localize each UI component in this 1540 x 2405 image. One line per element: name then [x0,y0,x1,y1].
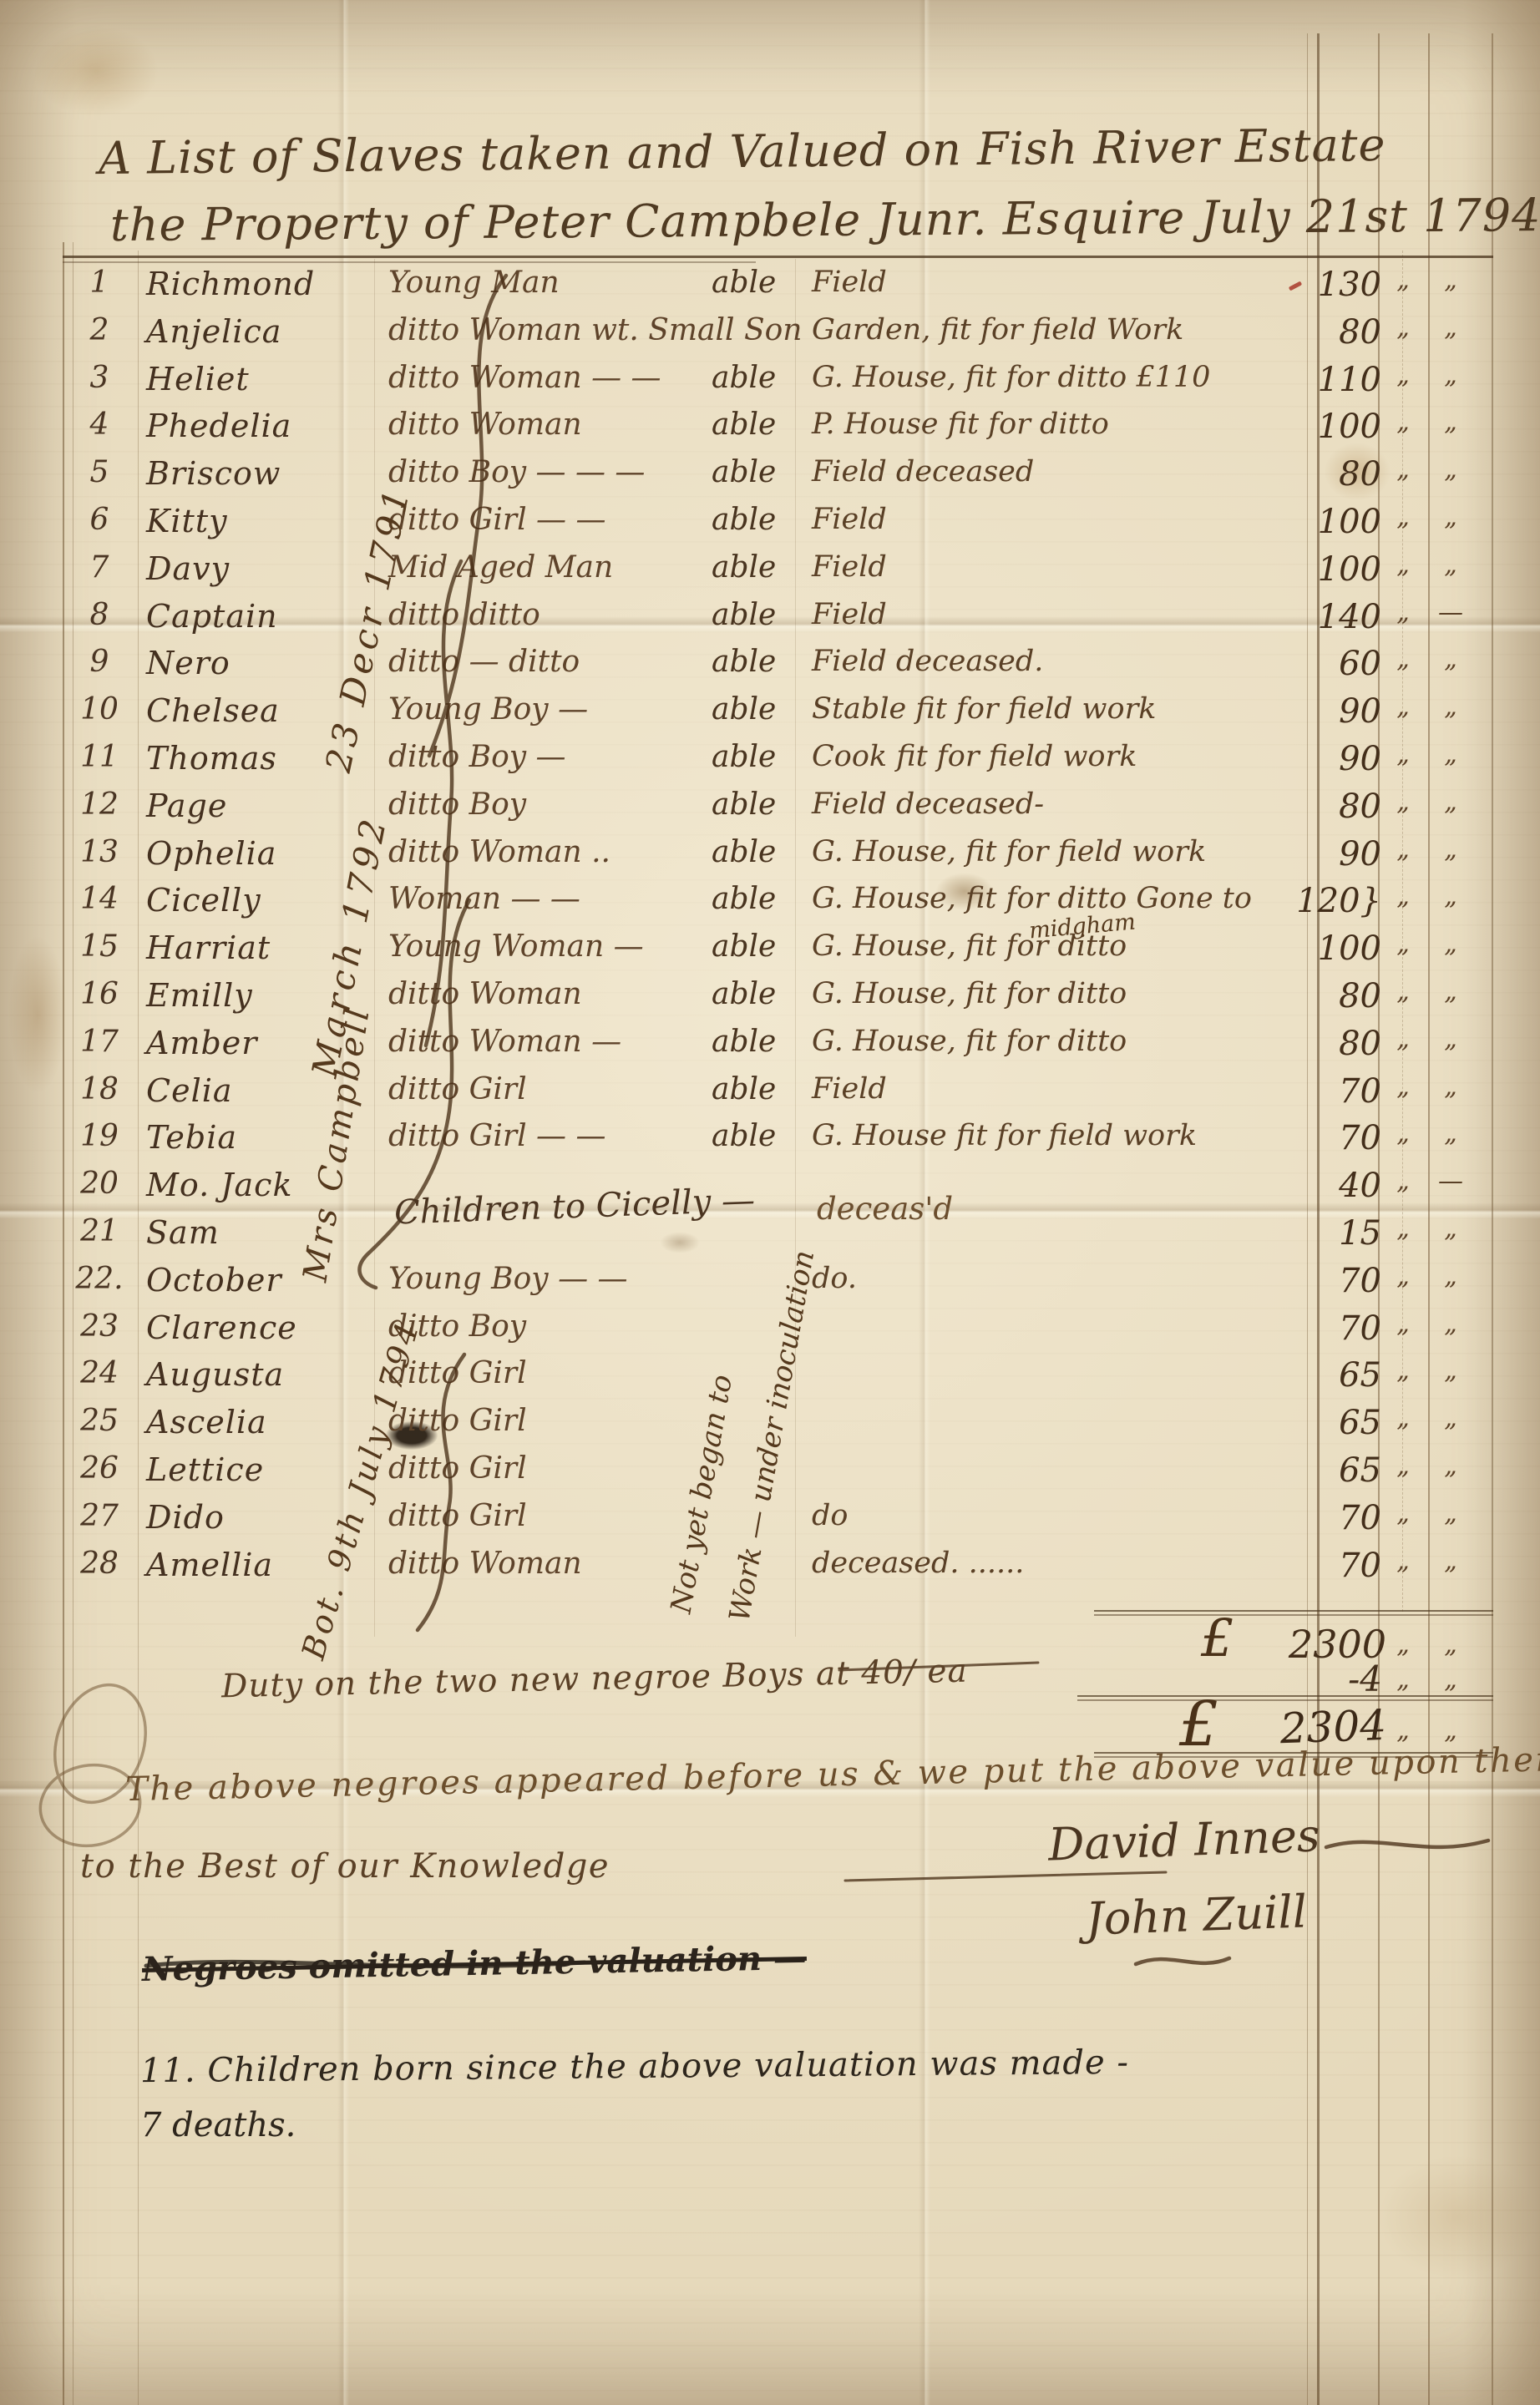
table-row: 6 Kitty ditto Girl — — able Field 100 „ … [0,503,1540,550]
shillings-mark: „ [1385,1499,1421,1528]
ability-note: able [712,598,776,632]
ability-note: able [712,645,776,679]
value-pounds: 130 [1294,266,1381,304]
shillings-mark: „ [1385,455,1421,484]
duty-shillings-mark: „ [1385,1665,1421,1694]
shillings-mark: „ [1385,835,1421,864]
pence-mark: „ [1430,1547,1472,1576]
person-description: ditto Girl — — [388,503,606,537]
person-name: Emilly [146,977,253,1014]
value-pounds: 80 [1294,455,1381,494]
occupation-note: Stable fit for field work [812,692,1157,726]
value-pounds: 70 [1294,1119,1381,1157]
deaths-note: 7 deaths. [140,2106,296,2144]
row-number: 4 [72,408,127,442]
person-description: Young Boy — [388,692,588,727]
pence-mark: „ [1430,740,1472,769]
duty-amount: -4 [1301,1658,1382,1699]
total-rule [1077,1695,1493,1697]
value-pounds: 65 [1294,1404,1381,1442]
value-pounds: 65 [1294,1451,1381,1490]
person-description: Young Man [388,266,560,300]
person-description: Woman — — [388,882,580,916]
subtotal-rule [1094,1614,1493,1616]
row-number: 15 [72,929,127,964]
person-description: ditto Boy — — — [388,455,645,489]
row-number: 19 [72,1119,127,1153]
person-name: Celia [146,1072,233,1109]
row-number: 11 [72,740,127,774]
person-description: ditto Boy [388,787,526,822]
total-pence-mark: „ [1430,1716,1472,1745]
shillings-mark: „ [1385,1119,1421,1148]
document-page: A List of Slaves taken and Valued on Fis… [0,0,1540,2405]
table-row: 20 Mo. Jack 40 „ — [0,1167,1540,1214]
person-description: ditto Woman wt. Small Son [388,313,803,347]
table-row: 28 Amellia ditto Woman deceased. ...... … [0,1547,1540,1594]
row-number: 8 [72,598,127,632]
pence-mark: „ [1430,1262,1472,1291]
pence-mark: „ [1430,1451,1472,1481]
row-number: 7 [72,550,127,585]
shillings-mark: „ [1385,1214,1421,1243]
row-number: 5 [72,455,127,489]
ability-note: able [712,1119,776,1153]
pence-mark: „ [1430,266,1472,295]
person-name: Cicelly [146,882,261,919]
occupation-note: Field [812,503,887,536]
occupation-note: G. House, fit for ditto [812,977,1127,1010]
person-description: Young Boy — — [388,1262,628,1296]
shillings-mark: „ [1385,313,1421,342]
pence-mark: „ [1430,977,1472,1006]
knowledge-filler-dash [845,1872,1166,1881]
ability-note: able [712,929,776,964]
row-number: 28 [72,1547,127,1581]
pence-mark: „ [1430,361,1472,390]
person-description: ditto Girl [388,1499,527,1533]
person-name: Richmond [146,266,315,302]
occupation-note: Field [812,550,887,584]
pence-mark: „ [1430,882,1472,911]
shillings-mark: „ [1385,645,1421,674]
shillings-mark: „ [1385,550,1421,580]
document-title-line1: A List of Slaves taken and Valued on Fis… [99,119,1386,185]
shillings-mark: „ [1385,1262,1421,1291]
table-row: 1 Richmond Young Man able Field 130 „ „ [0,266,1540,313]
person-name: Amber [146,1025,257,1061]
person-name: Chelsea [146,692,280,729]
shillings-mark: „ [1385,1309,1421,1339]
occupation-note: G. House, fit for ditto £110 [812,361,1210,394]
row-number: 1 [72,266,127,300]
table-row: 8 Captain ditto ditto able Field 140 „ — [0,598,1540,646]
occupation-note: Field deceased. [812,645,1043,678]
signature-john-zuill: John Zuill [1085,1885,1308,1945]
pence-mark: „ [1430,787,1472,817]
signature-david-innes: David Innes [1047,1809,1321,1871]
row-number: 24 [72,1356,127,1390]
table-row: 10 Chelsea Young Boy — able Stable fit f… [0,692,1540,740]
table-row: 5 Briscow ditto Boy — — — able Field dec… [0,455,1540,503]
person-name: Anjelica [146,313,281,350]
attestation-line2: to the Best of our Knowledge [80,1847,610,1886]
person-name: Nero [146,645,230,681]
person-name: Davy [146,550,230,587]
shillings-mark: „ [1385,1547,1421,1576]
value-pounds: 90 [1294,835,1381,873]
table-row: 9 Nero ditto — ditto able Field deceased… [0,645,1540,692]
value-pounds: 70 [1294,1499,1381,1537]
value-pounds: 90 [1294,740,1381,778]
occupation-note: Cook fit for field work [812,740,1137,773]
person-name: Tebia [146,1119,237,1156]
row-number: 3 [72,361,127,395]
person-name: Dido [146,1499,225,1536]
table-row: 7 Davy Mid Aged Man able Field 100 „ „ [0,550,1540,598]
person-description: ditto Girl — — [388,1119,606,1153]
value-pounds: 100 [1294,929,1381,968]
table-row: 3 Heliet ditto Woman — — able G. House, … [0,361,1540,408]
ability-note: able [712,977,776,1011]
person-name: Lettice [146,1451,264,1488]
person-description: ditto Woman — [388,1025,621,1059]
value-pounds: 120} [1294,882,1381,920]
occupation-note: Field deceased [812,455,1034,489]
pence-mark: „ [1430,1499,1472,1528]
shillings-mark: „ [1385,266,1421,295]
births-note: 11. Children born since the above valuat… [140,2043,1129,2090]
person-description: ditto Woman [388,408,582,442]
table-row: 15 Harriat Young Woman — able G. House, … [0,929,1540,977]
pence-mark: „ [1430,692,1472,721]
value-pounds: 70 [1294,1547,1381,1585]
person-name: Amellia [146,1547,273,1583]
shillings-mark: „ [1385,1167,1421,1196]
person-description: ditto Woman .. [388,835,610,869]
occupation-note: G. House, fit for ditto [812,1025,1127,1058]
value-pounds: 80 [1294,977,1381,1015]
table-row: 13 Ophelia ditto Woman .. able G. House,… [0,835,1540,883]
value-pounds: 60 [1294,645,1381,683]
person-name: October [146,1262,282,1299]
duty-pence-mark: „ [1430,1665,1472,1694]
person-description: Young Woman — [388,929,644,964]
ability-note: able [712,550,776,585]
pence-mark: „ [1430,645,1472,674]
person-name: Heliet [146,361,250,397]
row-number: 12 [72,787,127,822]
shillings-mark: „ [1385,740,1421,769]
shillings-mark: „ [1385,1404,1421,1433]
paper-stain [1378,2154,1537,2280]
ability-note: able [712,740,776,774]
row-number: 21 [72,1214,127,1248]
value-pounds: 90 [1294,692,1381,731]
person-name: Ophelia [146,835,276,872]
shillings-mark: „ [1385,929,1421,959]
person-description: ditto Girl [388,1451,527,1486]
row-number: 20 [72,1167,127,1201]
row-number: 17 [72,1025,127,1059]
occupation-note: G. House, fit for field work [812,835,1206,868]
person-description: ditto Boy — [388,740,566,774]
value-pounds: 15 [1294,1214,1381,1253]
shillings-mark: „ [1385,977,1421,1006]
ability-note: able [712,882,776,916]
shillings-mark: „ [1385,1025,1421,1054]
ability-note: able [712,503,776,537]
person-description: ditto Girl [388,1072,527,1106]
occupation-note: P. House fit for ditto [812,408,1109,441]
shillings-mark: „ [1385,882,1421,911]
person-description: ditto ditto [388,598,540,632]
subtotal-rule [1094,1610,1493,1612]
pence-mark: „ [1430,1072,1472,1101]
table-row: 11 Thomas ditto Boy — able Cook fit for … [0,740,1540,787]
value-pounds: 70 [1294,1262,1381,1300]
shillings-mark: „ [1385,1451,1421,1481]
ability-note: able [712,266,776,300]
occupation-note: Field [812,266,887,299]
shillings-mark: „ [1385,408,1421,437]
row-number: 16 [72,977,127,1011]
row-number: 13 [72,835,127,869]
shillings-mark: „ [1385,598,1421,627]
table-row: 12 Page ditto Boy able Field deceased- 8… [0,787,1540,835]
duty-line: Duty on the two new negroe Boys at 40/ e… [221,1653,969,1706]
table-row: 16 Emilly ditto Woman able G. House, fit… [0,977,1540,1025]
table-row: 22. October Young Boy — — do. 70 „ „ [0,1262,1540,1309]
value-pounds: 70 [1294,1309,1381,1348]
pence-mark: „ [1430,1404,1472,1433]
occupation-note: Field [812,598,887,631]
value-pounds: 80 [1294,1025,1381,1063]
table-top-rule [63,256,1493,258]
ability-note: able [712,787,776,822]
deceased-note: deceas'd [817,1191,953,1227]
pence-mark: „ [1430,313,1472,342]
value-pounds: 80 [1294,313,1381,352]
paper-stain [33,25,159,117]
pence-mark: „ [1430,1119,1472,1148]
pence-mark: „ [1430,408,1472,437]
row-number: 25 [72,1404,127,1438]
pence-mark: — [1430,1167,1472,1196]
table-row: 21 Sam 15 „ „ [0,1214,1540,1262]
shillings-mark: „ [1385,787,1421,817]
person-description: ditto Woman [388,1547,582,1581]
value-pounds: 40 [1294,1167,1381,1205]
table-row: 2 Anjelica ditto Woman wt. Small Son Gar… [0,313,1540,361]
shillings-mark: „ [1385,503,1421,532]
occupation-note: G. House, fit for ditto Gone to [812,882,1252,915]
pence-mark: „ [1430,1356,1472,1385]
person-description: Mid Aged Man [388,550,613,585]
person-name: Harriat [146,929,271,966]
table-row: 4 Phedelia ditto Woman able P. House fit… [0,408,1540,455]
table-row: 17 Amber ditto Woman — able G. House, fi… [0,1025,1540,1072]
shillings-mark: „ [1385,1072,1421,1101]
pence-mark: „ [1430,1309,1472,1339]
occupation-note: G. House fit for field work [812,1119,1197,1152]
value-pounds: 110 [1294,361,1381,399]
pence-mark: „ [1430,1025,1472,1054]
occupation-note: deceased. ...... [812,1547,1024,1580]
value-pounds: 100 [1294,550,1381,589]
person-description: ditto Woman [388,977,582,1011]
occupation-note: Garden, fit for field Work [812,313,1183,347]
person-name: Kitty [146,503,228,539]
subtotal-pence-mark: „ [1430,1630,1472,1659]
subtotal-shillings-mark: „ [1385,1630,1421,1659]
occupation-note: do [812,1499,848,1532]
total-shillings-mark: „ [1385,1716,1421,1745]
occupation-note: Field deceased- [812,787,1044,821]
signature1-flourish [1326,1840,1488,1847]
struck-note: Negroes omitted in the valuation — [142,1938,808,1989]
row-number: 23 [72,1309,127,1344]
pence-mark: „ [1430,455,1472,484]
person-name: Sam [146,1214,220,1251]
ability-note: able [712,692,776,727]
row-number: 2 [72,313,127,347]
ability-note: able [712,1025,776,1059]
value-pounds: 80 [1294,787,1381,826]
table-top-rule [63,261,756,263]
ability-note: able [712,408,776,442]
person-name: Thomas [146,740,277,777]
pence-mark: „ [1430,1214,1472,1243]
pence-mark: „ [1430,835,1472,864]
person-description: ditto Girl [388,1404,527,1438]
person-description: ditto — ditto [388,645,580,679]
pence-mark: „ [1430,550,1472,580]
row-number: 27 [72,1499,127,1533]
row-number: 9 [72,645,127,679]
total-rule [1077,1699,1493,1701]
value-pounds: 100 [1294,408,1381,446]
person-name: Phedelia [146,408,291,444]
document-title-line2: the Property of Peter Campbele Junr. Esq… [110,189,1540,251]
pence-mark: „ [1430,503,1472,532]
ability-note: able [712,455,776,489]
row-number: 26 [72,1451,127,1486]
person-name: Mo. Jack [146,1167,292,1203]
row-number: 22. [72,1262,127,1296]
value-pounds: 65 [1294,1356,1381,1395]
subtotal-pound-sign: £ [1201,1608,1234,1668]
person-name: Clarence [146,1309,297,1346]
ability-note: able [712,361,776,395]
shillings-mark: „ [1385,361,1421,390]
table-row: 14 Cicelly Woman — — able G. House, fit … [0,882,1540,929]
value-pounds: 100 [1294,503,1381,541]
person-name: Captain [146,598,278,635]
pence-mark: — [1430,598,1472,627]
shillings-mark: „ [1385,692,1421,721]
person-name: Augusta [146,1356,284,1393]
person-name: Ascelia [146,1404,267,1440]
table-row: 18 Celia ditto Girl able Field 70 „ „ [0,1072,1540,1120]
shillings-mark: „ [1385,1356,1421,1385]
pence-mark: „ [1430,929,1472,959]
person-name: Page [146,787,227,824]
person-description: ditto Woman — — [388,361,661,395]
row-number: 10 [72,692,127,727]
value-pounds: 70 [1294,1072,1381,1111]
value-pounds: 140 [1294,598,1381,636]
occupation-note: Field [812,1072,887,1106]
row-number: 18 [72,1072,127,1106]
table-row: 19 Tebia ditto Girl — — able G. House fi… [0,1119,1540,1167]
signature2-flourish [1136,1958,1229,1964]
row-number: 14 [72,882,127,916]
person-name: Briscow [146,455,281,492]
ability-note: able [712,835,776,869]
ability-note: able [712,1072,776,1106]
row-number: 6 [72,503,127,537]
